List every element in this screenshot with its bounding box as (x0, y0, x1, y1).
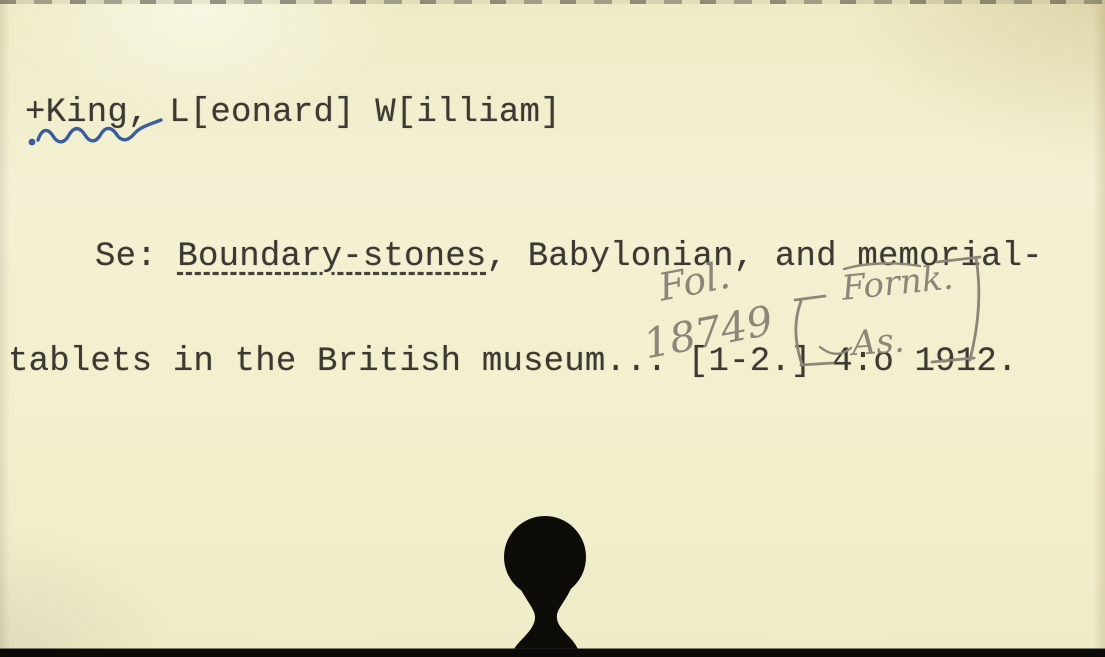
hole-punch-stem (511, 577, 580, 657)
see-reference-lead: Se: (95, 238, 177, 276)
ink-dot (29, 139, 36, 146)
left-bracket-stroke (795, 296, 833, 365)
hole-punch (478, 512, 612, 657)
scan-edge (0, 649, 1105, 657)
wavy-underline-stroke (38, 120, 161, 142)
collection-note: As. (847, 320, 905, 364)
catalog-card: +King, L[eonard] W[illiam] Se: Boundary-… (0, 0, 1105, 657)
referenced-title: Boundary-stones (177, 238, 486, 276)
card-top-edge (0, 0, 1105, 4)
swash-stroke (820, 347, 851, 354)
shelf-number: 18749 (640, 296, 777, 368)
format-note: Fol. (654, 253, 733, 310)
pencil-annotations: Fol. 18749 Fornk. As. (620, 243, 1015, 383)
blue-ink-underline (24, 118, 172, 156)
